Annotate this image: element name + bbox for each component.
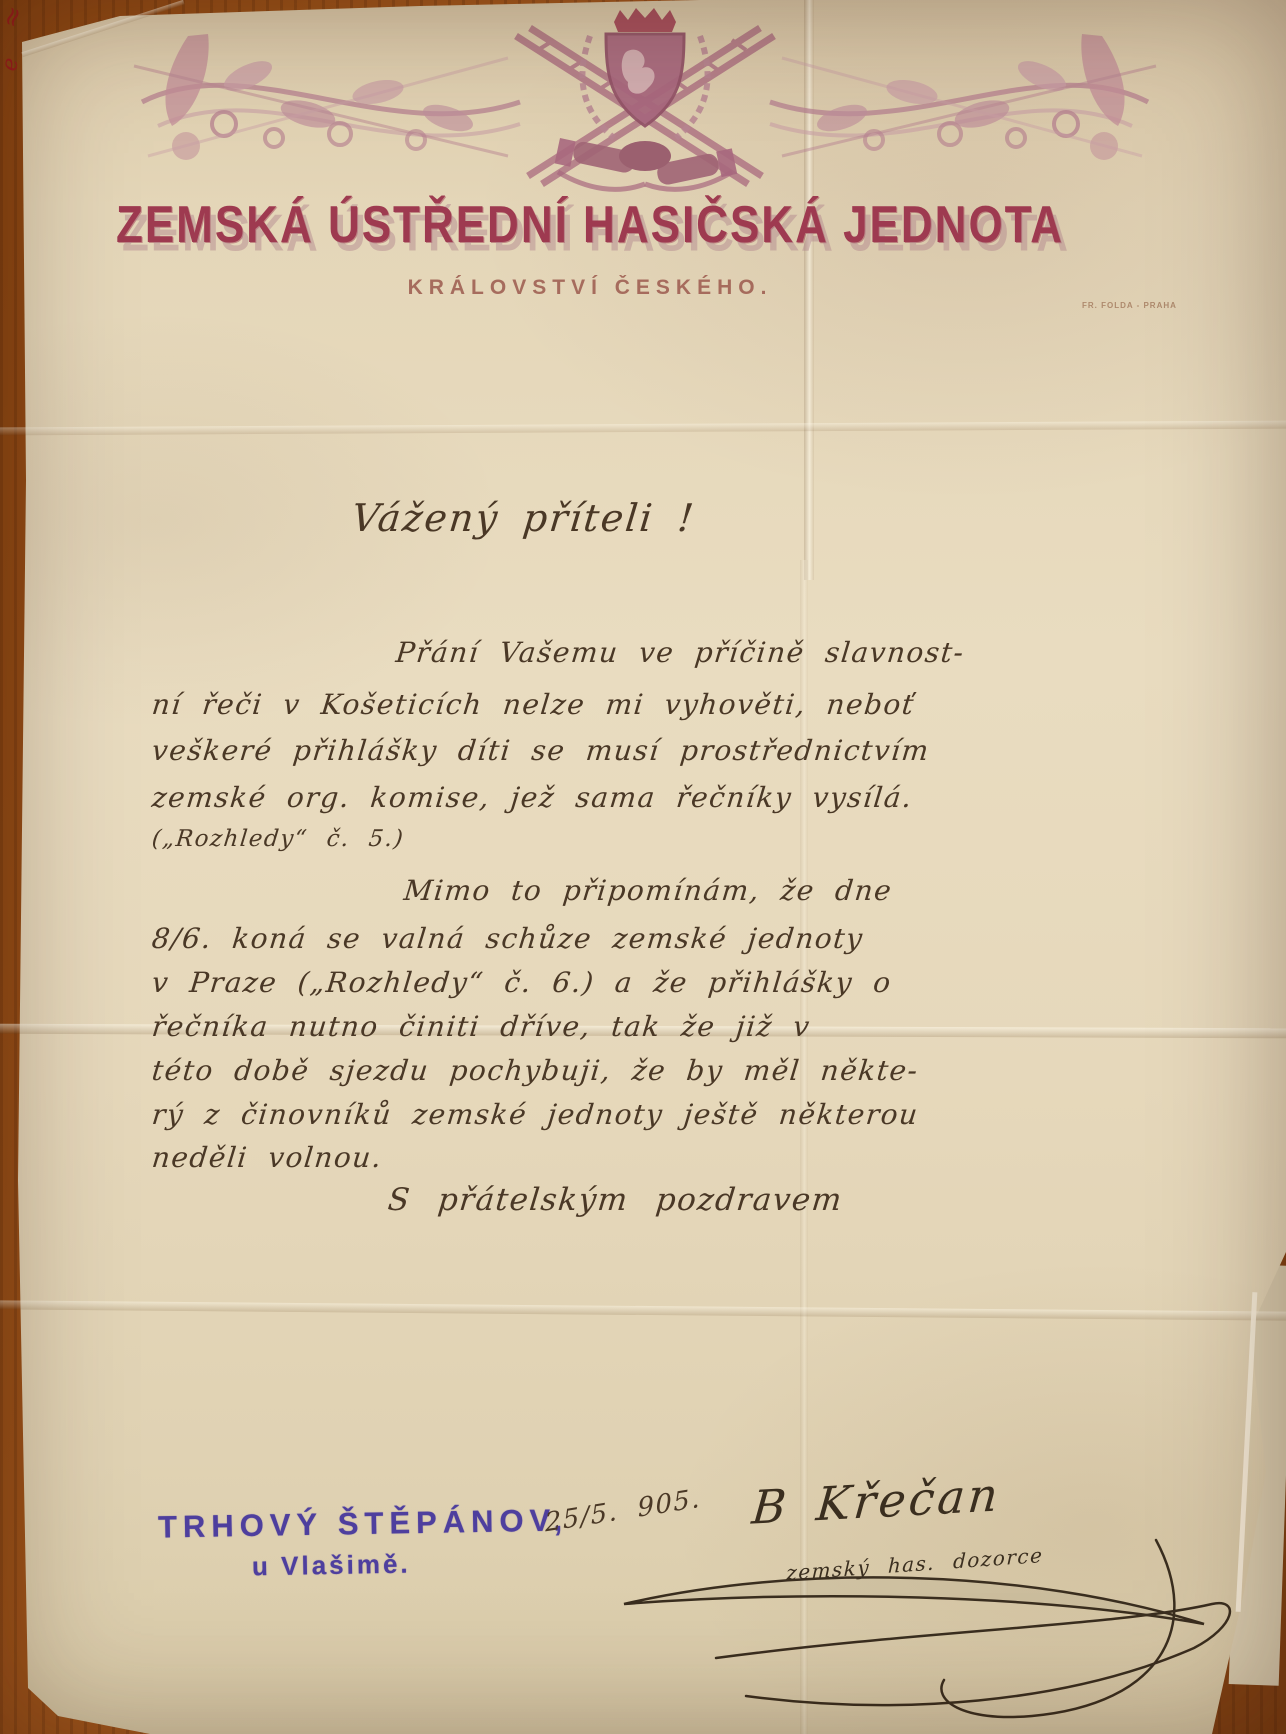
- body-line: neděli volnou.: [150, 1141, 384, 1174]
- body-line: („Rozhledy“ č. 5.): [151, 826, 406, 852]
- body-line: v Praze („Rozhledy“ č. 6.) a že přihlášk…: [150, 966, 893, 999]
- place-stamp-line1: TRHOVÝ ŠTĚPÁNOV,: [158, 1502, 569, 1545]
- place-stamp-line2: u Vlašimě.: [252, 1549, 411, 1583]
- body-line: řečníka nutno činiti dříve, tak že již v: [150, 1010, 812, 1043]
- red-ink-corner-mark: e: [0, 56, 24, 73]
- letterhead-emblem: [128, 6, 1162, 202]
- body-line: rý z činovníků zemské jednoty ještě někt…: [150, 1098, 920, 1131]
- photograph-of-letter: ≈ e: [0, 0, 1286, 1734]
- body-line: 8/6. koná se valná schůze zemské jednoty: [150, 922, 865, 955]
- letterhead-subtitle: KRÁLOVSTVÍ ČESKÉHO.: [60, 276, 1120, 300]
- letter-paper: [0, 0, 1286, 1734]
- signature-flourish: [596, 1508, 1256, 1728]
- printer-mark: FR. FOLDA - PRAHA: [1082, 301, 1177, 310]
- red-ink-corner-mark: ≈: [0, 2, 31, 33]
- salutation: Vážený příteli !: [350, 496, 698, 540]
- body-line: veškeré přihlášky díti se musí prostředn…: [150, 734, 931, 767]
- closing-line: S přátelským pozdravem: [386, 1182, 844, 1218]
- body-line: Přání Vašemu ve příčině slavnost-: [394, 636, 966, 669]
- body-line: Mimo to připomínám, že dne: [402, 874, 894, 907]
- body-line: ní řeči v Košeticích nelze mi vyhověti, …: [150, 688, 916, 721]
- body-line: zemské org. komise, jež sama řečníky vys…: [150, 781, 914, 814]
- body-line: této době sjezdu pochybuji, že by měl ně…: [150, 1054, 920, 1087]
- letterhead-title: ZEMSKÁ ÚSTŘEDNÍ HASIČSKÁ JEDNOTA: [60, 196, 1120, 255]
